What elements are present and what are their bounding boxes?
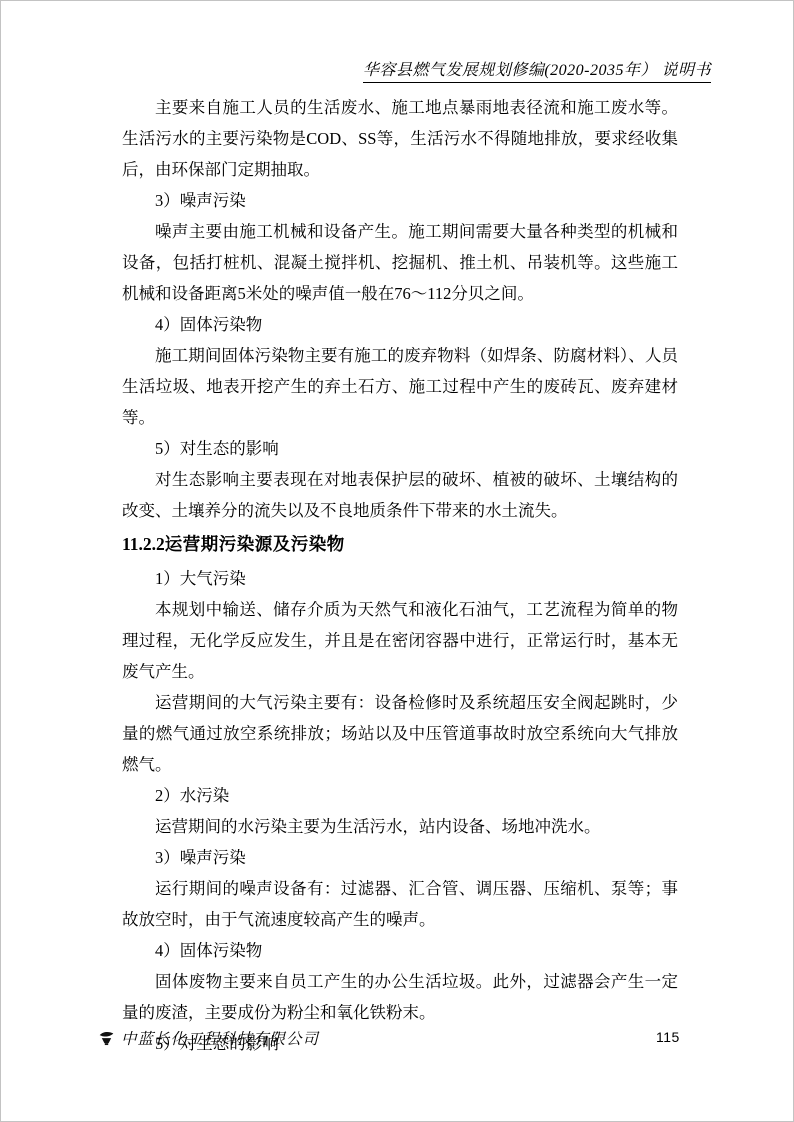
list-item-heading: 5）对生态的影响	[122, 433, 678, 464]
page-footer: 中蓝长化工程科技有限公司 115	[98, 1027, 696, 1053]
list-item-heading: 3）噪声污染	[122, 842, 678, 873]
doc-header-title: 华容县燃气发展规划修编(2020-2035年） 说明书	[363, 62, 711, 83]
body-paragraph: 施工期间固体污染物主要有施工的废弃物料（如焊条、防腐材料）、人员生活垃圾、地表开…	[122, 340, 678, 433]
body-paragraph: 对生态影响主要表现在对地表保护层的破坏、植被的破坏、土壤结构的改变、土壤养分的流…	[122, 464, 678, 526]
list-item-heading: 4）固体污染物	[122, 935, 678, 966]
document-page: 华容县燃气发展规划修编(2020-2035年） 说明书 主要来自施工人员的生活废…	[0, 0, 794, 1122]
list-item-heading: 3）噪声污染	[122, 185, 678, 216]
body-paragraph: 固体废物主要来自员工产生的办公生活垃圾。此外，过滤器会产生一定量的废渣，主要成份…	[122, 966, 678, 1028]
page-header: 华容县燃气发展规划修编(2020-2035年） 说明书	[85, 57, 711, 80]
footer-company-name: 中蓝长化工程科技有限公司	[121, 1027, 319, 1049]
body-paragraph: 主要来自施工人员的生活废水、施工地点暴雨地表径流和施工废水等。生活污水的主要污染…	[122, 92, 678, 185]
body-paragraph: 本规划中输送、储存介质为天然气和液化石油气，工艺流程为简单的物理过程，无化学反应…	[122, 594, 678, 687]
section-heading-number: 11.2.2	[122, 534, 165, 554]
document-body: 主要来自施工人员的生活废水、施工地点暴雨地表径流和施工废水等。生活污水的主要污染…	[122, 92, 678, 1059]
list-item-heading: 4）固体污染物	[122, 309, 678, 340]
page-number: 115	[656, 1029, 680, 1045]
body-paragraph: 噪声主要由施工机械和设备产生。施工期间需要大量各种类型的机械和设备，包括打桩机、…	[122, 216, 678, 309]
footer-company: 中蓝长化工程科技有限公司	[98, 1027, 319, 1049]
company-logo-icon	[98, 1030, 115, 1047]
body-paragraph: 运营期间的水污染主要为生活污水，站内设备、场地冲洗水。	[122, 811, 678, 842]
list-item-heading: 2）水污染	[122, 780, 678, 811]
body-paragraph: 运行期间的噪声设备有：过滤器、汇合管、调压器、压缩机、泵等；事故放空时，由于气流…	[122, 873, 678, 935]
section-heading-title: 运营期污染源及污染物	[165, 534, 345, 554]
list-item-heading: 1）大气污染	[122, 563, 678, 594]
body-paragraph: 运营期间的大气污染主要有：设备检修时及系统超压安全阀起跳时，少量的燃气通过放空系…	[122, 687, 678, 780]
section-heading: 11.2.2运营期污染源及污染物	[122, 529, 678, 560]
